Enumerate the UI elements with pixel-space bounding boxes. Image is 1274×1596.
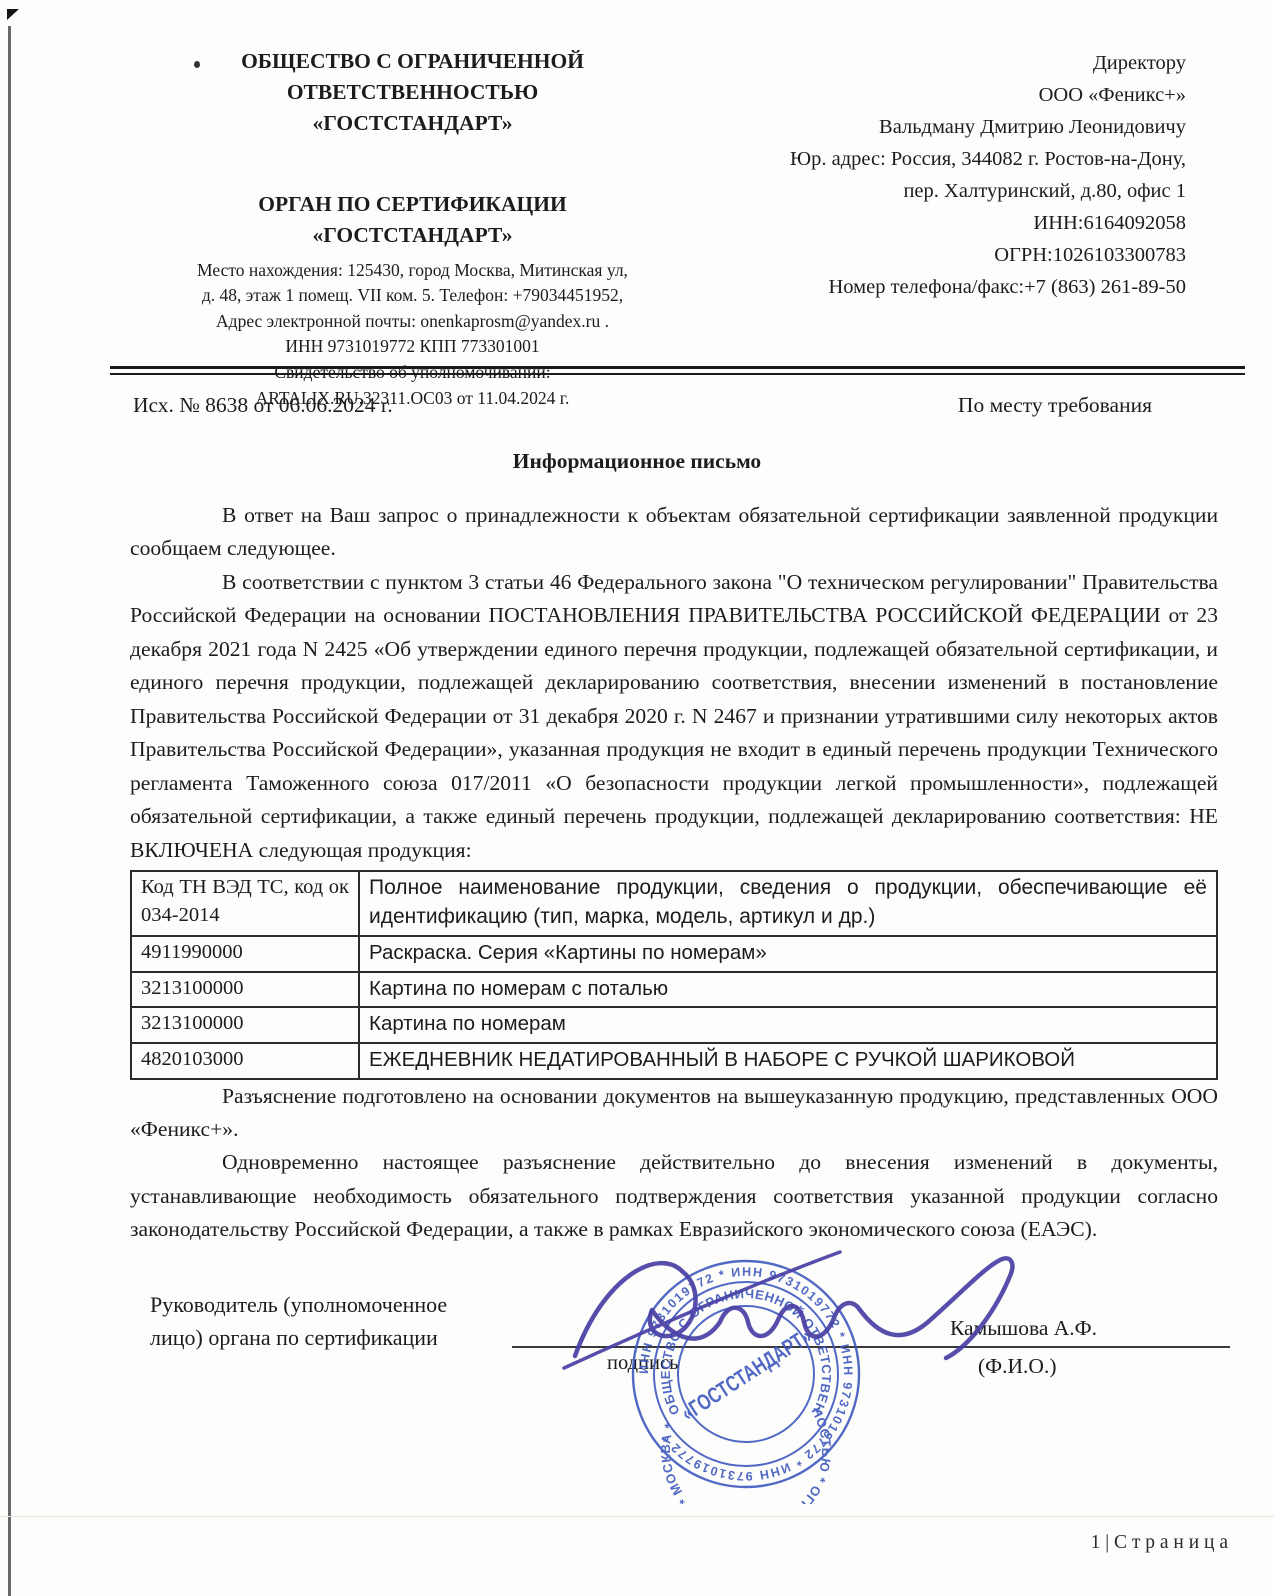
cell-product-code: 3213100000 (131, 1007, 359, 1043)
paragraph-clarification: Разъяснение подготовлено на основании до… (130, 1080, 1218, 1147)
table-row: 3213100000 Картина по номерам с поталью (131, 972, 1217, 1008)
issuer-org-name-line: ОБЩЕСТВО С ОГРАНИЧЕННОЙ (130, 46, 695, 77)
issuer-email-line: Адрес электронной почты: onenkaprosm@yan… (130, 309, 695, 335)
reference-row: Исх. № 8638 от 06.06.2024 г. По месту тр… (133, 393, 1152, 418)
scan-artifact-edge-line (8, 26, 11, 1596)
letterhead-divider (110, 366, 1245, 375)
paragraph-legal-basis: В соответствии с пунктом 3 статьи 46 Фед… (130, 566, 1218, 867)
addressee-line: ООО «Феникс+» (695, 80, 1186, 112)
table-header-row: Код ТН ВЭД ТС, код ок 034-2014 Полное на… (131, 871, 1217, 936)
document-title: Информационное письмо (0, 449, 1274, 474)
issuer-org-name-line: «ГОСТСТАНДАРТ» (130, 108, 695, 139)
cell-product-name: ЕЖЕДНЕВНИК НЕДАТИРОВАННЫЙ В НАБОРЕ С РУЧ… (359, 1043, 1217, 1079)
addressee-line: Номер телефона/факс:+7 (863) 261-89-50 (695, 272, 1186, 304)
certification-body-name-line: «ГОСТСТАНДАРТ» (130, 220, 695, 251)
table-row: 3213100000 Картина по номерам (131, 1007, 1217, 1043)
issuer-contact-details: Место нахождения: 125430, город Москва, … (130, 258, 695, 411)
scanned-letter-page: ОБЩЕСТВО С ОГРАНИЧЕННОЙ ОТВЕТСТВЕННОСТЬЮ… (0, 0, 1274, 1596)
addressee-line: Вальдману Дмитрию Леонидовичу (695, 112, 1186, 144)
signature-left-label-line: Руководитель (уполномоченное (150, 1288, 530, 1321)
addressee-note: По месту требования (958, 393, 1152, 418)
cell-product-code: 4911990000 (131, 936, 359, 972)
issuer-address-line: Место нахождения: 125430, город Москва, … (130, 258, 695, 284)
paragraph-intro: В ответ на Ваш запрос о принадлежности к… (130, 499, 1218, 566)
cell-product-name: Раскраска. Серия «Картины по номерам» (359, 936, 1217, 972)
paragraph-validity: Одновременно настоящее разъяснение дейст… (130, 1146, 1218, 1246)
letterhead: ОБЩЕСТВО С ОГРАНИЧЕННОЙ ОТВЕТСТВЕННОСТЬЮ… (130, 46, 1186, 411)
addressee-line: ОГРН:1026103300783 (695, 240, 1186, 272)
scan-artifact-corner (7, 9, 19, 20)
cell-product-code: 4820103000 (131, 1043, 359, 1079)
certification-body-name-line: ОРГАН ПО СЕРТИФИКАЦИИ (130, 189, 695, 220)
outgoing-number: Исх. № 8638 от 06.06.2024 г. (133, 393, 393, 418)
signature-stroke (575, 1258, 1012, 1358)
addressee-line: Юр. адрес: Россия, 344082 г. Ростов-на-Д… (695, 144, 1186, 176)
issuer-org-name-line: ОТВЕТСТВЕННОСТЬЮ (130, 77, 695, 108)
letterhead-issuer-block: ОБЩЕСТВО С ОГРАНИЧЕННОЙ ОТВЕТСТВЕННОСТЬЮ… (130, 46, 695, 411)
table-row: 4820103000 ЕЖЕДНЕВНИК НЕДАТИРОВАННЫЙ В Н… (131, 1043, 1217, 1079)
handwritten-signature (548, 1238, 1048, 1388)
addressee-line: Директору (695, 48, 1186, 80)
issuer-org-name: ОБЩЕСТВО С ОГРАНИЧЕННОЙ ОТВЕТСТВЕННОСТЬЮ… (130, 46, 695, 139)
issuer-address-line: д. 48, этаж 1 помещ. VII ком. 5. Телефон… (130, 283, 695, 309)
table-row: 4911990000 Раскраска. Серия «Картины по … (131, 936, 1217, 972)
addressee-block: Директору ООО «Феникс+» Вальдману Дмитри… (695, 46, 1186, 411)
cell-product-code: 3213100000 (131, 972, 359, 1008)
col-header-name: Полное наименование продукции, сведения … (359, 871, 1217, 936)
letterhead-divider-second-rule (110, 373, 1245, 375)
addressee-line: ИНН:6164092058 (695, 208, 1186, 240)
col-header-code: Код ТН ВЭД ТС, код ок 034-2014 (131, 871, 359, 936)
cell-product-name: Картина по номерам (359, 1007, 1217, 1043)
signature-left-label: Руководитель (уполномоченное лицо) орган… (150, 1288, 530, 1354)
signature-left-label-line: лицо) органа по сертификации (150, 1321, 530, 1354)
footer-divider (0, 1516, 1274, 1517)
page-number: 1 | С т р а н и ц а (1091, 1532, 1228, 1554)
addressee-line: пер. Халтуринский, д.80, офис 1 (695, 176, 1186, 208)
issuer-inn-kpp-line: ИНН 9731019772 КПП 773301001 (130, 334, 695, 360)
certification-body-name: ОРГАН ПО СЕРТИФИКАЦИИ «ГОСТСТАНДАРТ» (130, 189, 695, 251)
cell-product-name: Картина по номерам с поталью (359, 972, 1217, 1008)
products-table: Код ТН ВЭД ТС, код ок 034-2014 Полное на… (130, 870, 1218, 1079)
letter-body: В ответ на Ваш запрос о принадлежности к… (130, 499, 1218, 1247)
